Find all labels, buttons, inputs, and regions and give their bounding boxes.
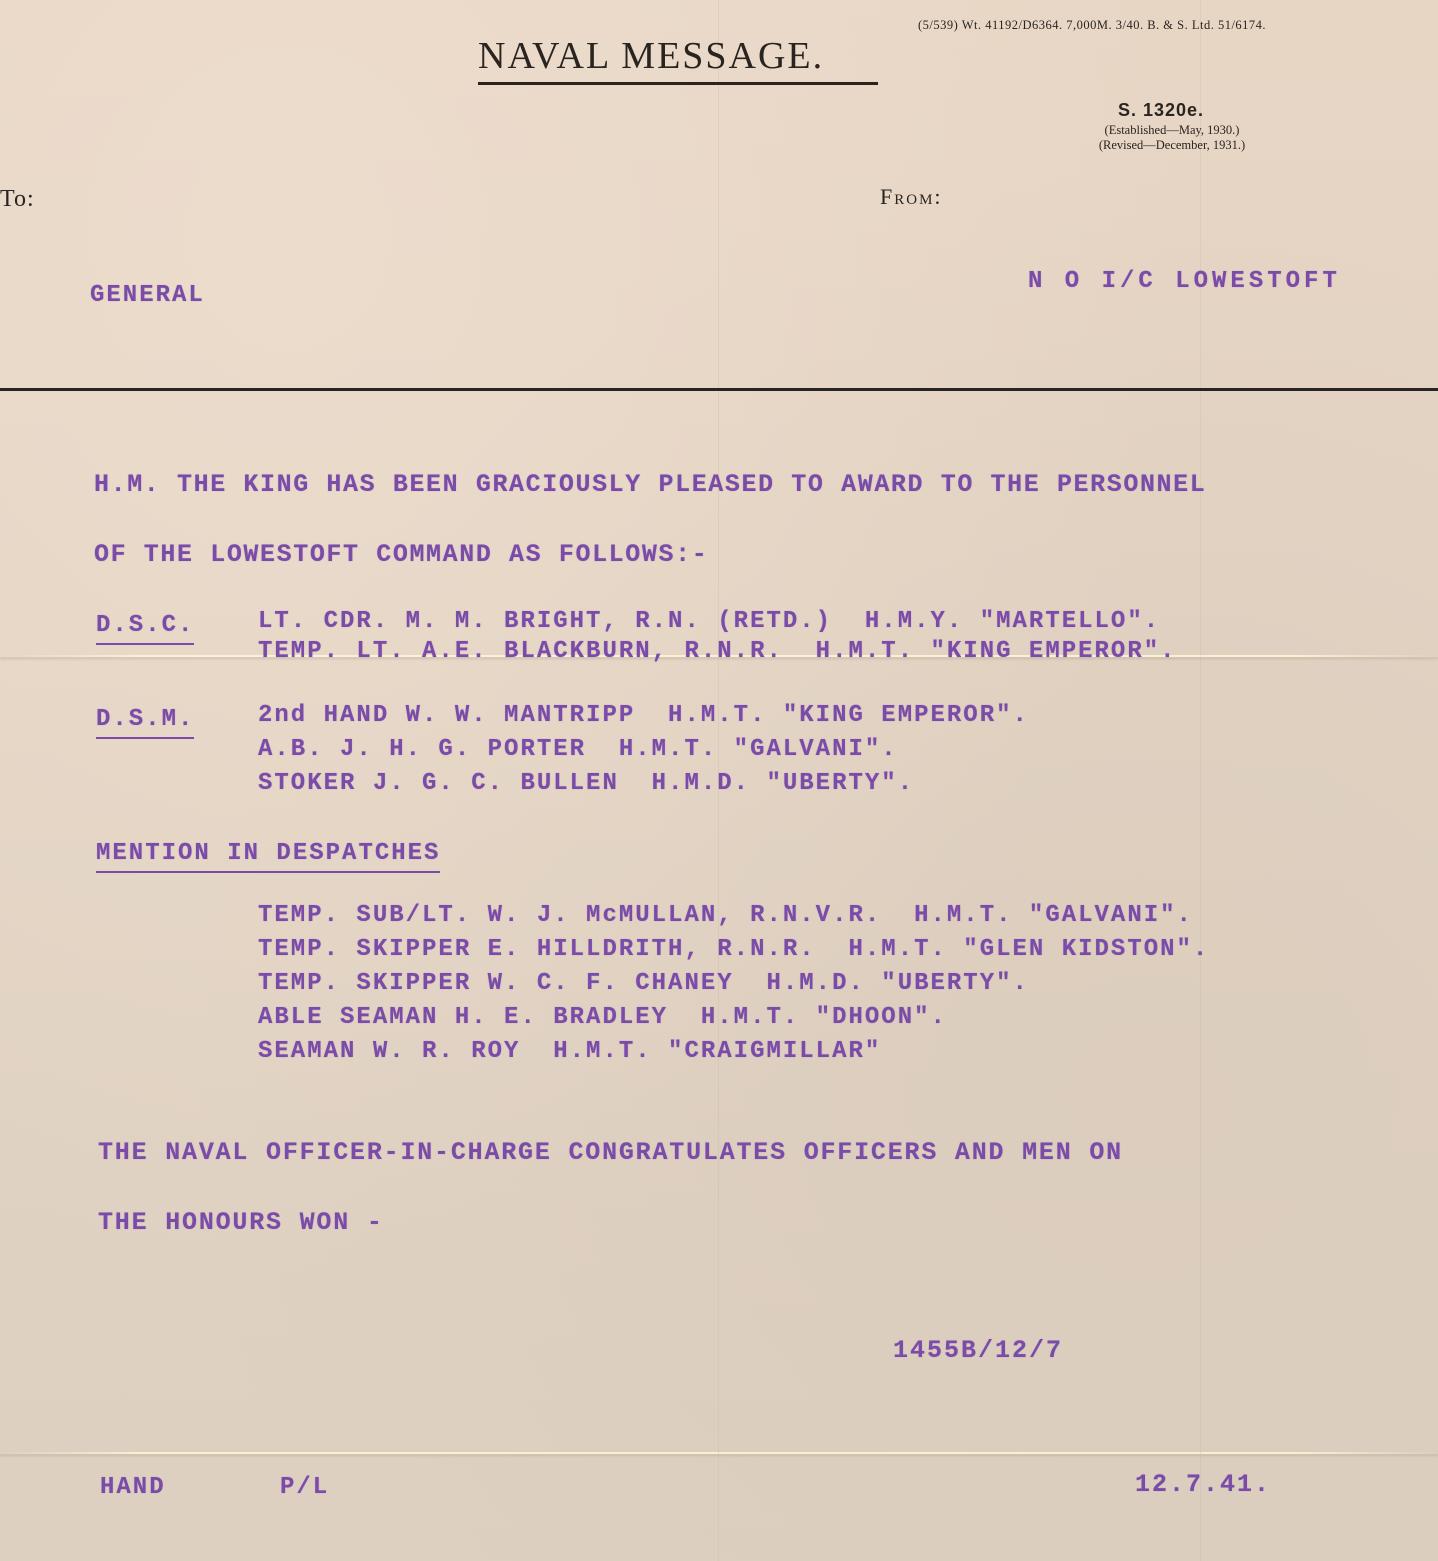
header-divider xyxy=(0,388,1438,391)
paper-fold xyxy=(0,1452,1438,1454)
revised-date: (Revised—December, 1931.) xyxy=(1062,138,1282,153)
intro-line-1: H.M. THE KING HAS BEEN GRACIOUSLY PLEASE… xyxy=(94,470,1206,499)
closing-line-1: THE NAVAL OFFICER-IN-CHARGE CONGRATULATE… xyxy=(98,1138,1123,1167)
award-entry: TEMP. SKIPPER E. HILLDRITH, R.N.R. H.M.T… xyxy=(258,936,1209,963)
award-label-dsm: D.S.M. xyxy=(96,706,194,739)
form-number: S. 1320e. xyxy=(1118,100,1204,121)
award-entry: ABLE SEAMAN H. E. BRADLEY H.M.T. "DHOON"… xyxy=(258,1004,947,1031)
award-entry: 2nd HAND W. W. MANTRIPP H.M.T. "KING EMP… xyxy=(258,702,1029,729)
message-date: 12.7.41. xyxy=(1135,1470,1271,1499)
intro-line-2: OF THE LOWESTOFT COMMAND AS FOLLOWS:- xyxy=(94,540,708,569)
precedence: P/L xyxy=(280,1474,329,1501)
award-label-mid: MENTION IN DESPATCHES xyxy=(96,840,440,873)
award-entry: STOKER J. G. C. BULLEN H.M.D. "UBERTY". xyxy=(258,770,914,797)
award-entry: SEAMAN W. R. ROY H.M.T. "CRAIGMILLAR" xyxy=(258,1038,881,1065)
award-entry: LT. CDR. M. M. BRIGHT, R.N. (RETD.) H.M.… xyxy=(258,608,1160,635)
closing-line-2: THE HONOURS WON - xyxy=(98,1208,384,1237)
title-underline xyxy=(478,82,878,85)
form-title: NAVAL MESSAGE. xyxy=(478,34,824,78)
award-entry: A.B. J. H. G. PORTER H.M.T. "GALVANI". xyxy=(258,736,898,763)
from-value: N O I/C LOWESTOFT xyxy=(1028,268,1341,295)
from-label: From: xyxy=(880,184,943,210)
to-label: To: xyxy=(0,186,35,213)
form-dates: (Established—May, 1930.) (Revised—Decemb… xyxy=(1062,123,1282,153)
award-label-dsc: D.S.C. xyxy=(96,612,194,645)
award-entry: TEMP. SKIPPER W. C. F. CHANEY H.M.D. "UB… xyxy=(258,970,1029,997)
to-value: GENERAL xyxy=(90,282,205,309)
award-entry: TEMP. SUB/LT. W. J. McMULLAN, R.N.V.R. H… xyxy=(258,902,1193,929)
award-entry: TEMP. LT. A.E. BLACKBURN, R.N.R. H.M.T. … xyxy=(258,638,1177,665)
established-date: (Established—May, 1930.) xyxy=(1062,123,1282,138)
time-of-origin: 1455B/12/7 xyxy=(893,1336,1063,1365)
print-code: (5/539) Wt. 41192/D6364. 7,000M. 3/40. B… xyxy=(918,18,1266,33)
delivery-method: HAND xyxy=(100,1474,166,1501)
paper-fold xyxy=(1200,0,1201,1561)
